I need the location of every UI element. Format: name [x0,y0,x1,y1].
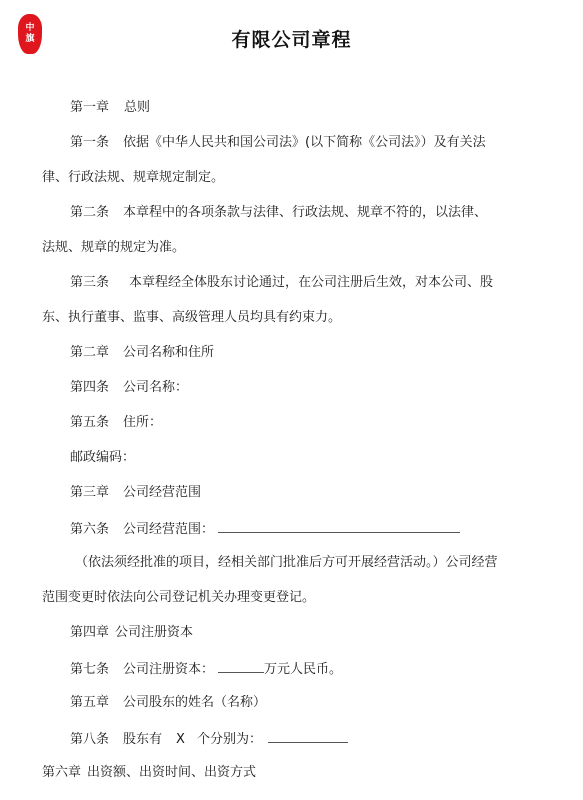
article-6: 第六条公司经营范围： [70,520,460,538]
article-text: 公司名称： [123,380,188,395]
registered-capital-blank[interactable] [218,660,264,673]
article-8: 第八条股东有X个分别为： [70,730,348,748]
chapter-2-heading: 第二章公司名称和住所 [70,345,214,361]
article-label: 第一条 [70,135,109,150]
article-text: 依据《中华人民共和国公司法》(以下简称《公司法》）及有关法 [123,135,486,150]
chapter-3-heading: 第三章公司经营范围 [70,485,201,501]
postal-code-label: 邮政编码： [70,450,135,466]
article-7: 第七条公司注册资本：万元人民币。 [70,660,342,678]
article-suffix: 万元人民币。 [264,662,342,677]
chapter-4-heading: 第四章公司注册资本 [70,625,193,641]
article-text: 公司注册资本： [123,662,214,677]
article-label: 第四条 [70,380,109,395]
article-label: 第七条 [70,662,109,677]
article-label: 第五条 [70,415,109,430]
chapter-label: 第三章 [70,485,109,500]
chapter-label: 第四章 [70,625,109,640]
chapter-label: 第六章 [42,765,81,780]
article-text: 公司经营范围： [123,522,214,537]
article-text: 本章程经全体股东讨论通过，在公司注册后生效，对本公司、股 [129,275,493,290]
article-5: 第五条住所： [70,415,162,431]
chapter-title: 公司名称和住所 [123,345,214,360]
shareholder-names-blank[interactable] [268,730,348,743]
chapter-1-heading: 第一章总则 [70,100,150,116]
chapter-title: 出资额、出资时间、出资方式 [87,765,256,780]
article-text-after: 个分别为： [197,732,262,747]
chapter-title: 公司注册资本 [115,625,193,640]
article-label: 第二条 [70,205,109,220]
chapter-label: 第一章 [70,100,109,115]
chapter-label: 第五章 [70,695,109,710]
article-text: 股东有 [123,732,162,747]
article-2-cont: 法规、规章的规定为准。 [42,240,185,256]
article-2: 第二条本章程中的各项条款与法律、行政法规、规章不符的，以法律、 [70,205,487,221]
article-6-cont: 范围变更时依法向公司登记机关办理变更登记。 [42,590,315,606]
chapter-5-heading: 第五章公司股东的姓名（名称） [70,695,266,711]
article-1: 第一条依据《中华人民共和国公司法》(以下简称《公司法》）及有关法 [70,135,486,151]
article-label: 第三条 [70,275,109,290]
article-text: 住所： [123,415,162,430]
article-3-cont: 东、执行董事、监事、高级管理人员均具有约束力。 [42,310,341,326]
article-4: 第四条公司名称： [70,380,188,396]
article-6-note: （依法须经批准的项目，经相关部门批准后方可开展经营活动。）公司经营 [75,555,498,571]
article-text: 本章程中的各项条款与法律、行政法规、规章不符的，以法律、 [123,205,487,220]
chapter-title: 公司经营范围 [123,485,201,500]
chapter-label: 第二章 [70,345,109,360]
document-title: 有限公司章程 [0,25,583,52]
chapter-title: 公司股东的姓名（名称） [123,695,266,710]
shareholder-count: X [176,732,185,747]
business-scope-blank[interactable] [218,520,460,533]
article-3: 第三条本章程经全体股东讨论通过，在公司注册后生效，对本公司、股 [70,275,493,291]
article-1-cont: 律、行政法规、规章规定制定。 [42,170,224,186]
article-label: 第八条 [70,732,109,747]
chapter-6-heading: 第六章出资额、出资时间、出资方式 [42,765,256,781]
chapter-title: 总则 [124,100,150,115]
article-label: 第六条 [70,522,109,537]
